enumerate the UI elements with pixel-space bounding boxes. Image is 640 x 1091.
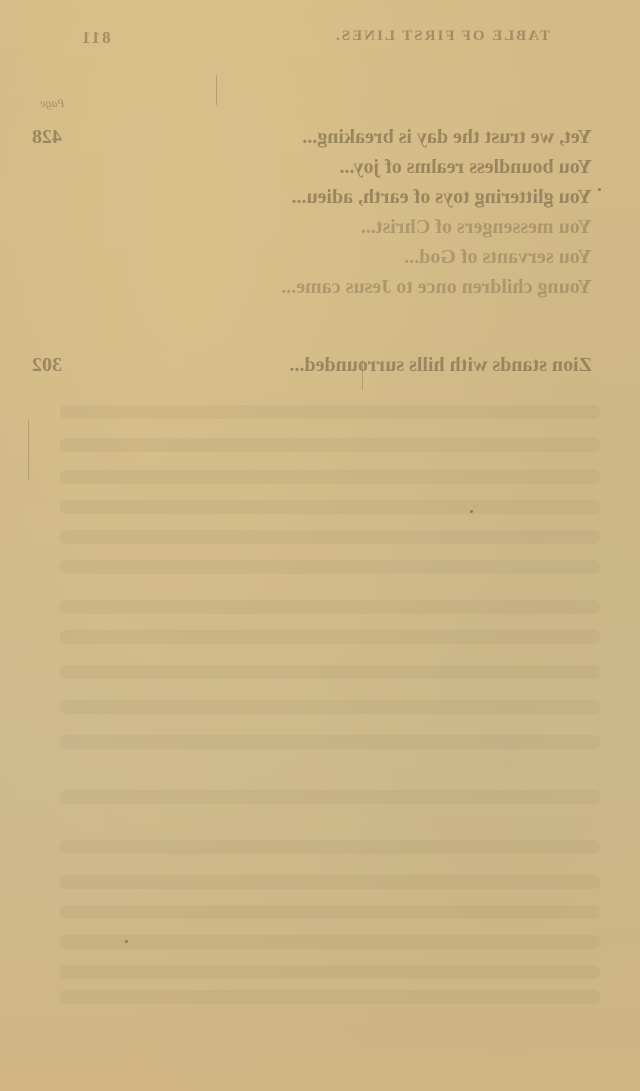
- list-item: You servants of God...: [32, 242, 592, 272]
- header-title: TABLE OF FIRST LINES.: [334, 28, 550, 45]
- entry-text: You servants of God...: [404, 246, 592, 268]
- list-item: You boundless realms of joy...: [32, 152, 592, 182]
- entry-page: 428: [32, 122, 62, 152]
- list-item: Zion stands with hills surrounded... 302: [32, 350, 592, 380]
- entry-text: Young children once to Jesus came...: [281, 276, 592, 298]
- entry-page: 302: [32, 350, 62, 380]
- entry-text: Zion stands with hills surrounded...: [289, 354, 592, 376]
- entry-text: You messengers of Christ...: [361, 216, 592, 238]
- list-item: You messengers of Christ...: [32, 212, 592, 242]
- entry-text: Yet, we trust the day is breaking...: [302, 126, 592, 148]
- entry-text: You boundless realms of joy...: [340, 156, 592, 178]
- header-page-number: 811: [80, 28, 111, 48]
- list-item: Yet, we trust the day is breaking... 428: [32, 122, 592, 152]
- list-item: Young children once to Jesus came...: [32, 272, 592, 302]
- mirrored-text-layer: TABLE OF FIRST LINES. 811 Page Yet, we t…: [0, 0, 640, 1091]
- first-lines-list: Yet, we trust the day is breaking... 428…: [32, 122, 592, 380]
- page-column-label: Page: [40, 96, 65, 111]
- entry-text: You glittering toys of earth, adieu...: [291, 186, 592, 208]
- list-item: You glittering toys of earth, adieu...: [32, 182, 592, 212]
- scanned-page: TABLE OF FIRST LINES. 811 Page Yet, we t…: [0, 0, 640, 1091]
